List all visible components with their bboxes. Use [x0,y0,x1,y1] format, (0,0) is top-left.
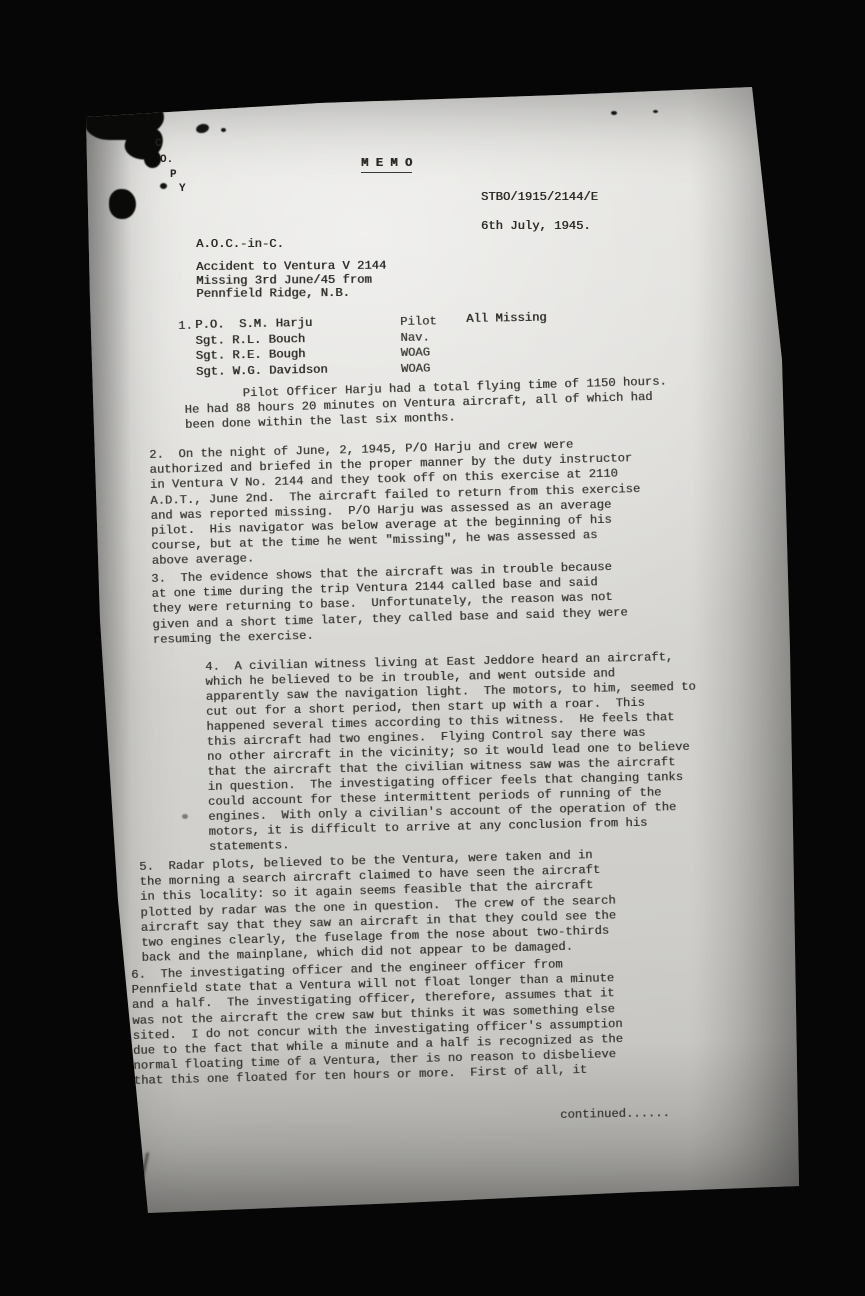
paper-edge-shadow-left [86,100,131,1210]
memo-paragraph-6: 6. The investigating officer and the eng… [131,956,624,1090]
ink-speck [195,123,210,135]
file-reference: STBO/1915/2144/E [481,190,598,204]
copy-stamp-letter: C [155,138,162,150]
ink-speck [182,814,188,819]
ink-speck [653,110,658,113]
continued-note: continued...... [560,1106,670,1123]
memo-paragraph-5: 5. Radar plots, believed to be the Ventu… [139,848,617,967]
copy-stamp-letter: O. [160,154,173,166]
memo-paragraph-3: 3. The evidence shows that the aircraft … [151,560,628,648]
ink-speck [160,183,167,189]
ink-blot [144,150,161,168]
addressee: A.O.C.-in-C. [196,237,284,252]
copy-stamp-letter: P [170,169,177,181]
subject-block: Accident to Ventura V 2144 Missing 3rd J… [196,260,386,302]
file-reference-and-date: STBO/1915/2144/E 6th July, 1945. [437,175,598,248]
memo-paragraph-1: Pilot Officer Harju had a total flying t… [184,375,668,434]
ink-speck [221,128,226,132]
crew-status-note: All Missing [466,311,547,328]
photo-background: C O. P Y M E M O STBO/1915/2144/E 6th Ju… [0,0,865,1296]
ink-blot [109,189,136,219]
crew-names-column: P.O. S.M. Harju Sgt. R.L. Bouch Sgt. R.E… [195,316,328,381]
ink-speck [611,111,617,115]
paper-crease [134,1152,149,1211]
memo-date: 6th July, 1945. [481,219,591,233]
crew-list-item-number: 1. [178,319,193,334]
crew-roles-column: Pilot Nav. WOAG WOAG [400,314,438,377]
memo-paragraph-2: 2. On the night of June, 2, 1945, P/O Ha… [149,436,642,570]
memo-title: M E M O [361,156,412,173]
copy-stamp-letter: Y [179,183,186,195]
memo-paragraph-4: 4. A civilian witness living at East Jed… [205,650,699,855]
memo-paper: C O. P Y M E M O STBO/1915/2144/E 6th Ju… [0,0,865,1296]
paper-edge-shadow-right [690,85,800,1195]
